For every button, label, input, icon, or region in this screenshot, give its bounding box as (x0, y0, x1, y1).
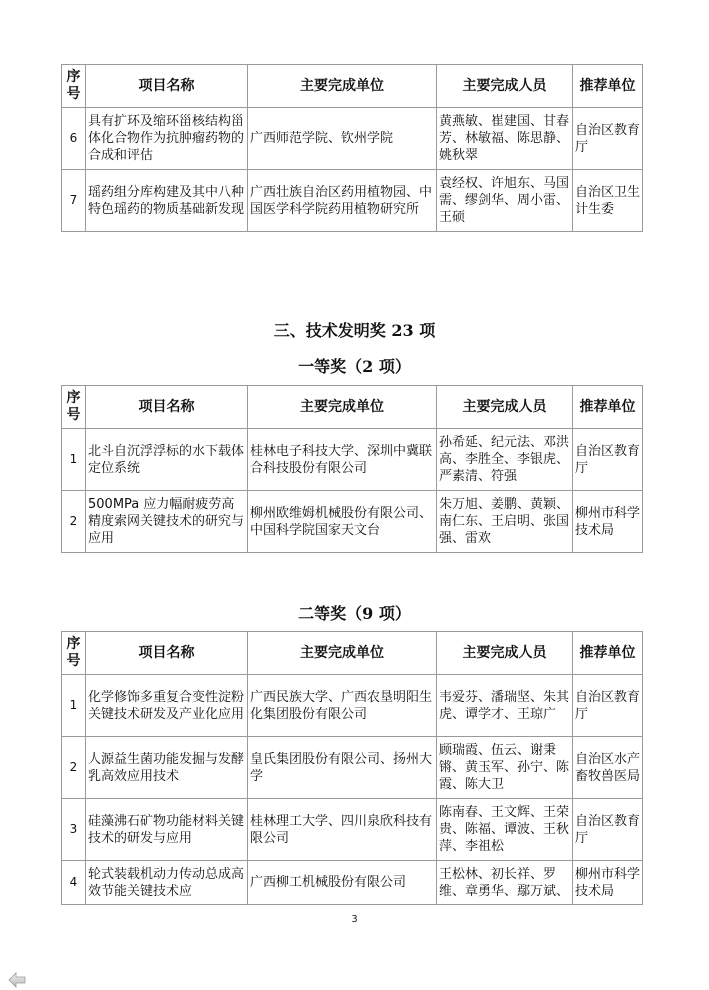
cell-unit: 柳州欧维姆机械股份有限公司、中国科学院国家天文台 (248, 491, 437, 553)
table-row: 2 500MPa 应力幅耐疲劳高精度索网关键技术的研究与应用 柳州欧维姆机械股份… (62, 491, 643, 553)
cell-seq: 3 (62, 799, 86, 861)
cell-recommender: 自治区教育厅 (573, 108, 643, 170)
header-unit: 主要完成单位 (248, 386, 437, 429)
cell-recommender: 柳州市科学技术局 (573, 491, 643, 553)
header-seq: 序号 (62, 632, 86, 675)
award-table-continued: 序号 项目名称 主要完成单位 主要完成人员 推荐单位 6 具有扩环及缩环甾核结构… (61, 64, 643, 232)
cell-recommender: 自治区卫生计生委 (573, 170, 643, 232)
cell-name: 具有扩环及缩环甾核结构甾体化合物作为抗肿瘤药物的合成和评估 (86, 108, 248, 170)
cell-seq: 1 (62, 429, 86, 491)
cell-name: 轮式装载机动力传动总成高效节能关键技术应 (86, 861, 248, 905)
table-row: 7 瑶药组分库构建及其中八种特色瑶药的物质基础新发现 广西壮族自治区药用植物园、… (62, 170, 643, 232)
header-name: 项目名称 (86, 65, 248, 108)
header-recommender: 推荐单位 (573, 386, 643, 429)
second-prize-title: 二等奖（9 项） (0, 601, 709, 624)
second-prize-table: 序号 项目名称 主要完成单位 主要完成人员 推荐单位 1 化学修饰多重复合变性淀… (61, 631, 643, 905)
header-name: 项目名称 (86, 386, 248, 429)
cell-unit: 皇氏集团股份有限公司、扬州大学 (248, 737, 437, 799)
cell-people: 袁经权、许旭东、马国需、缪剑华、周小雷、王硕 (437, 170, 573, 232)
page-number: 3 (0, 914, 709, 925)
cell-name: 北斗自沉浮浮标的水下载体定位系统 (86, 429, 248, 491)
cell-people: 陈南春、王文辉、王荣贵、陈福、谭波、王秋萍、李祖松 (437, 799, 573, 861)
table-row: 2 人源益生菌功能发掘与发酵乳高效应用技术 皇氏集团股份有限公司、扬州大学 顾瑞… (62, 737, 643, 799)
cell-seq: 2 (62, 737, 86, 799)
header-unit: 主要完成单位 (248, 632, 437, 675)
cell-seq: 1 (62, 675, 86, 737)
cell-seq: 7 (62, 170, 86, 232)
header-people: 主要完成人员 (437, 65, 573, 108)
cell-unit: 广西柳工机械股份有限公司 (248, 861, 437, 905)
header-recommender: 推荐单位 (573, 65, 643, 108)
arrow-left-icon (8, 972, 26, 988)
header-recommender: 推荐单位 (573, 632, 643, 675)
cell-seq: 2 (62, 491, 86, 553)
cell-people: 孙希延、纪元法、邓洪高、李胜全、李银虎、严素清、符强 (437, 429, 573, 491)
header-people: 主要完成人员 (437, 386, 573, 429)
cell-name: 硅藻沸石矿物功能材料关键技术的研发与应用 (86, 799, 248, 861)
header-name: 项目名称 (86, 632, 248, 675)
cell-unit: 广西师范学院、钦州学院 (248, 108, 437, 170)
cell-unit: 桂林电子科技大学、深圳中冀联合科技股份有限公司 (248, 429, 437, 491)
cell-people: 朱万旭、姜鹏、黄颖、南仁东、王启明、张国强、雷欢 (437, 491, 573, 553)
back-button[interactable] (8, 972, 26, 988)
cell-name: 化学修饰多重复合变性淀粉关键技术研发及产业化应用 (86, 675, 248, 737)
table-row: 1 化学修饰多重复合变性淀粉关键技术研发及产业化应用 广西民族大学、广西农垦明阳… (62, 675, 643, 737)
header-seq: 序号 (62, 386, 86, 429)
first-prize-table: 序号 项目名称 主要完成单位 主要完成人员 推荐单位 1 北斗自沉浮浮标的水下载… (61, 385, 643, 553)
table-header-row: 序号 项目名称 主要完成单位 主要完成人员 推荐单位 (62, 386, 643, 429)
cell-seq: 6 (62, 108, 86, 170)
table-row: 1 北斗自沉浮浮标的水下载体定位系统 桂林电子科技大学、深圳中冀联合科技股份有限… (62, 429, 643, 491)
cell-unit: 广西壮族自治区药用植物园、中国医学科学院药用植物研究所 (248, 170, 437, 232)
cell-unit: 广西民族大学、广西农垦明阳生化集团股份有限公司 (248, 675, 437, 737)
cell-name: 瑶药组分库构建及其中八种特色瑶药的物质基础新发现 (86, 170, 248, 232)
header-unit: 主要完成单位 (248, 65, 437, 108)
cell-name: 人源益生菌功能发掘与发酵乳高效应用技术 (86, 737, 248, 799)
cell-people: 王松林、初长祥、罗维、章勇华、鄢万斌、 (437, 861, 573, 905)
first-prize-title: 一等奖（2 项） (0, 354, 709, 377)
table-row: 3 硅藻沸石矿物功能材料关键技术的研发与应用 桂林理工大学、四川泉欣科技有限公司… (62, 799, 643, 861)
cell-people: 韦爱芬、潘瑞坚、朱其虎、谭学才、王琼广 (437, 675, 573, 737)
cell-recommender: 柳州市科学技术局 (573, 861, 643, 905)
cell-recommender: 自治区教育厅 (573, 799, 643, 861)
header-people: 主要完成人员 (437, 632, 573, 675)
cell-recommender: 自治区教育厅 (573, 675, 643, 737)
cell-people: 顾瑞霞、伍云、谢秉锵、黄玉军、孙宁、陈霞、陈大卫 (437, 737, 573, 799)
cell-name: 500MPa 应力幅耐疲劳高精度索网关键技术的研究与应用 (86, 491, 248, 553)
cell-people: 黄燕敏、崔建国、甘春芳、林敏福、陈思静、姚秋翠 (437, 108, 573, 170)
cell-unit: 桂林理工大学、四川泉欣科技有限公司 (248, 799, 437, 861)
table-header-row: 序号 项目名称 主要完成单位 主要完成人员 推荐单位 (62, 65, 643, 108)
cell-seq: 4 (62, 861, 86, 905)
table-header-row: 序号 项目名称 主要完成单位 主要完成人员 推荐单位 (62, 632, 643, 675)
cell-recommender: 自治区水产畜牧兽医局 (573, 737, 643, 799)
table-row: 6 具有扩环及缩环甾核结构甾体化合物作为抗肿瘤药物的合成和评估 广西师范学院、钦… (62, 108, 643, 170)
table-row: 4 轮式装载机动力传动总成高效节能关键技术应 广西柳工机械股份有限公司 王松林、… (62, 861, 643, 905)
cell-recommender: 自治区教育厅 (573, 429, 643, 491)
header-seq: 序号 (62, 65, 86, 108)
section-title: 三、技术发明奖 23 项 (0, 318, 709, 341)
